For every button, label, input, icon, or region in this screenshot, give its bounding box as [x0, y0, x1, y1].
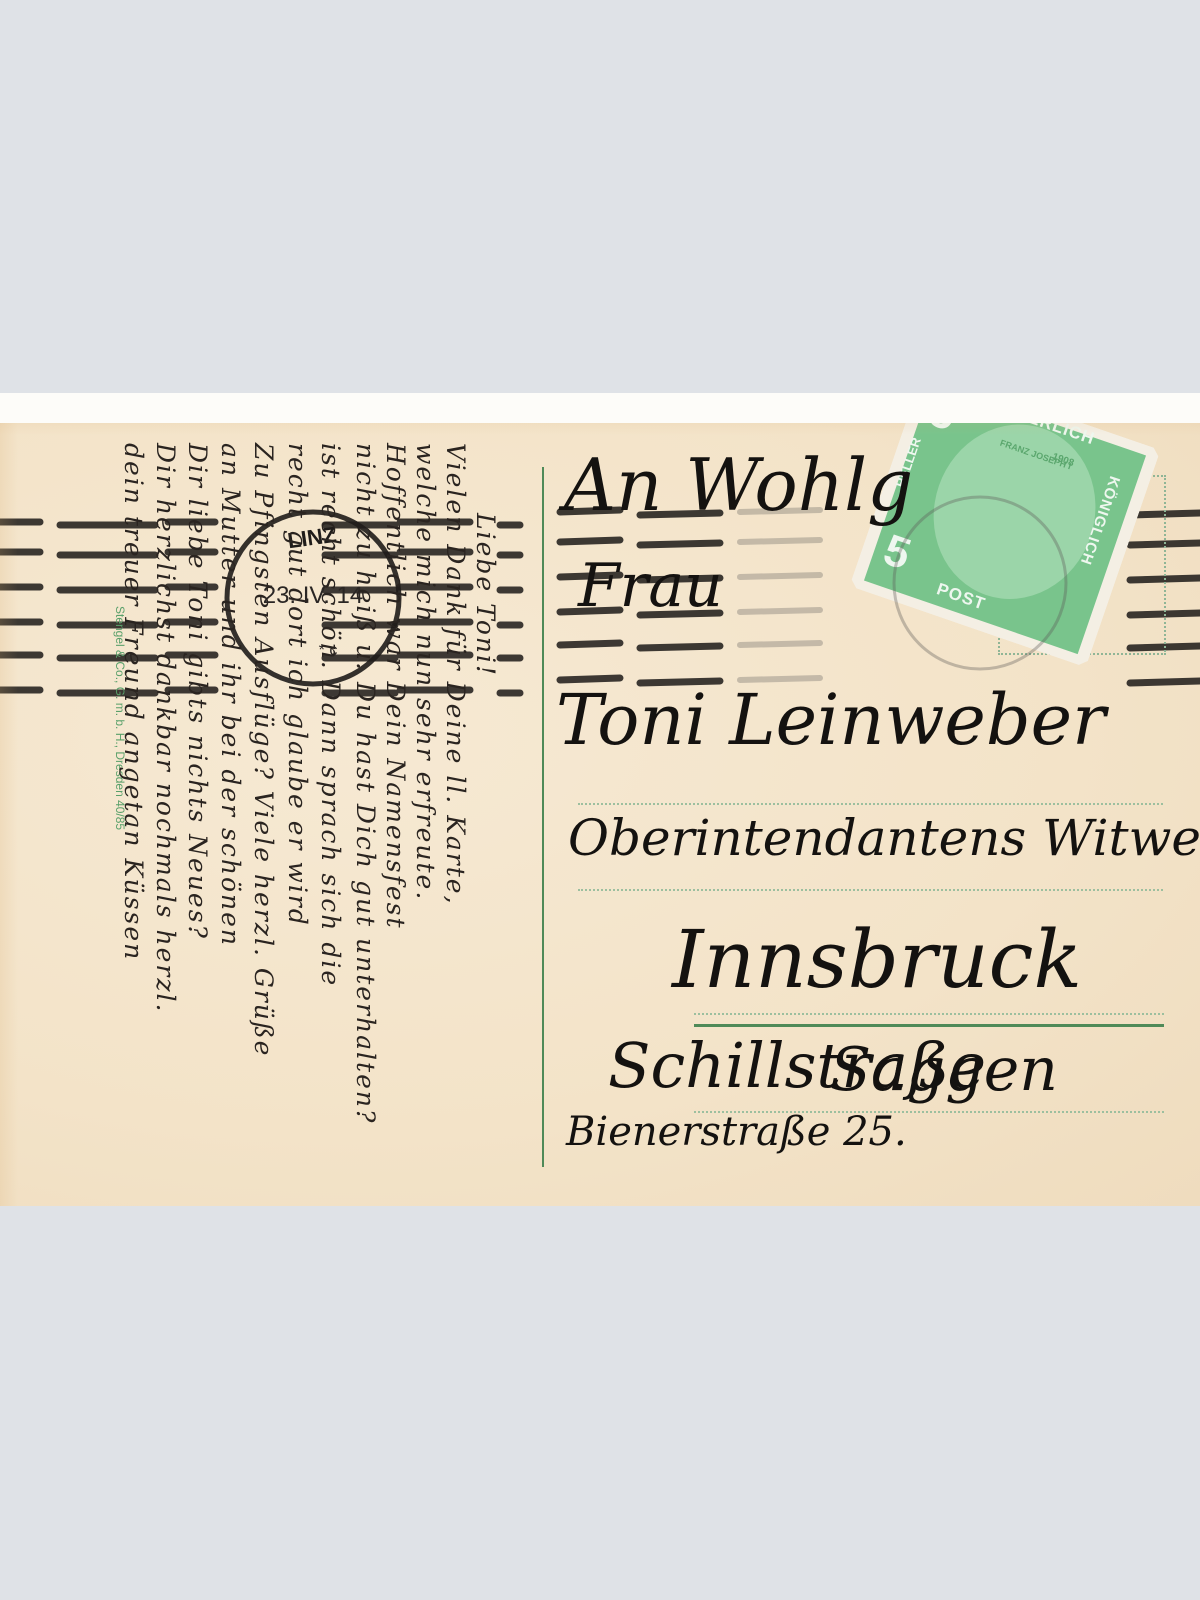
message-line: dein treuer Freund angetan Küssen	[119, 443, 148, 961]
message-line: Liebe Toni!	[471, 513, 500, 677]
address-recipient-name: Toni Leinweber	[556, 679, 1106, 761]
address-street-number: Bienerstraße 25.	[566, 1109, 907, 1155]
postcard: 5 5 HELLER KAISERLICH POST KÖNIGLICH 190…	[0, 423, 1200, 1206]
address-salutation: An Wohlg	[564, 443, 913, 527]
message-line: recht gut dort ich glaube er wird	[283, 443, 312, 927]
message-line: an Mutter und ihr bei der schönen	[216, 443, 245, 947]
address-city-underline	[694, 1024, 1164, 1027]
message-line: welche mich nun sehr erfreute.	[411, 443, 440, 901]
message-line: nicht zu heiß u. Du hast Dich gut unterh…	[351, 443, 380, 1124]
message-line: ist recht schön. Dann sprach sich die	[316, 443, 345, 987]
message-line: Dir liebe Toni gibts nichts Neues?	[183, 443, 212, 940]
address-city: Innsbruck	[672, 913, 1082, 1006]
message-line: Dir herzlichst dankbar nochmals herzl.	[151, 443, 180, 1013]
address-title: Frau	[578, 551, 723, 621]
address-district: Saggen	[830, 1035, 1058, 1105]
address-recipient-title: Oberintendantens Witwe	[568, 809, 1200, 867]
scanner-bed-edge	[0, 393, 1200, 423]
message-line: Zu Pfingsten Ausflüge? Viele herzl. Grüß…	[249, 443, 278, 1057]
address-divider-line	[542, 467, 544, 1167]
message-line: Hoffentlich war Dein Namensfest	[381, 443, 410, 930]
address-guide-line	[578, 803, 1163, 805]
message-line: Vielen Dank für Deine ll. Karte,	[441, 443, 470, 906]
address-guide-line	[578, 889, 1163, 891]
address-guide-line	[694, 1013, 1164, 1015]
